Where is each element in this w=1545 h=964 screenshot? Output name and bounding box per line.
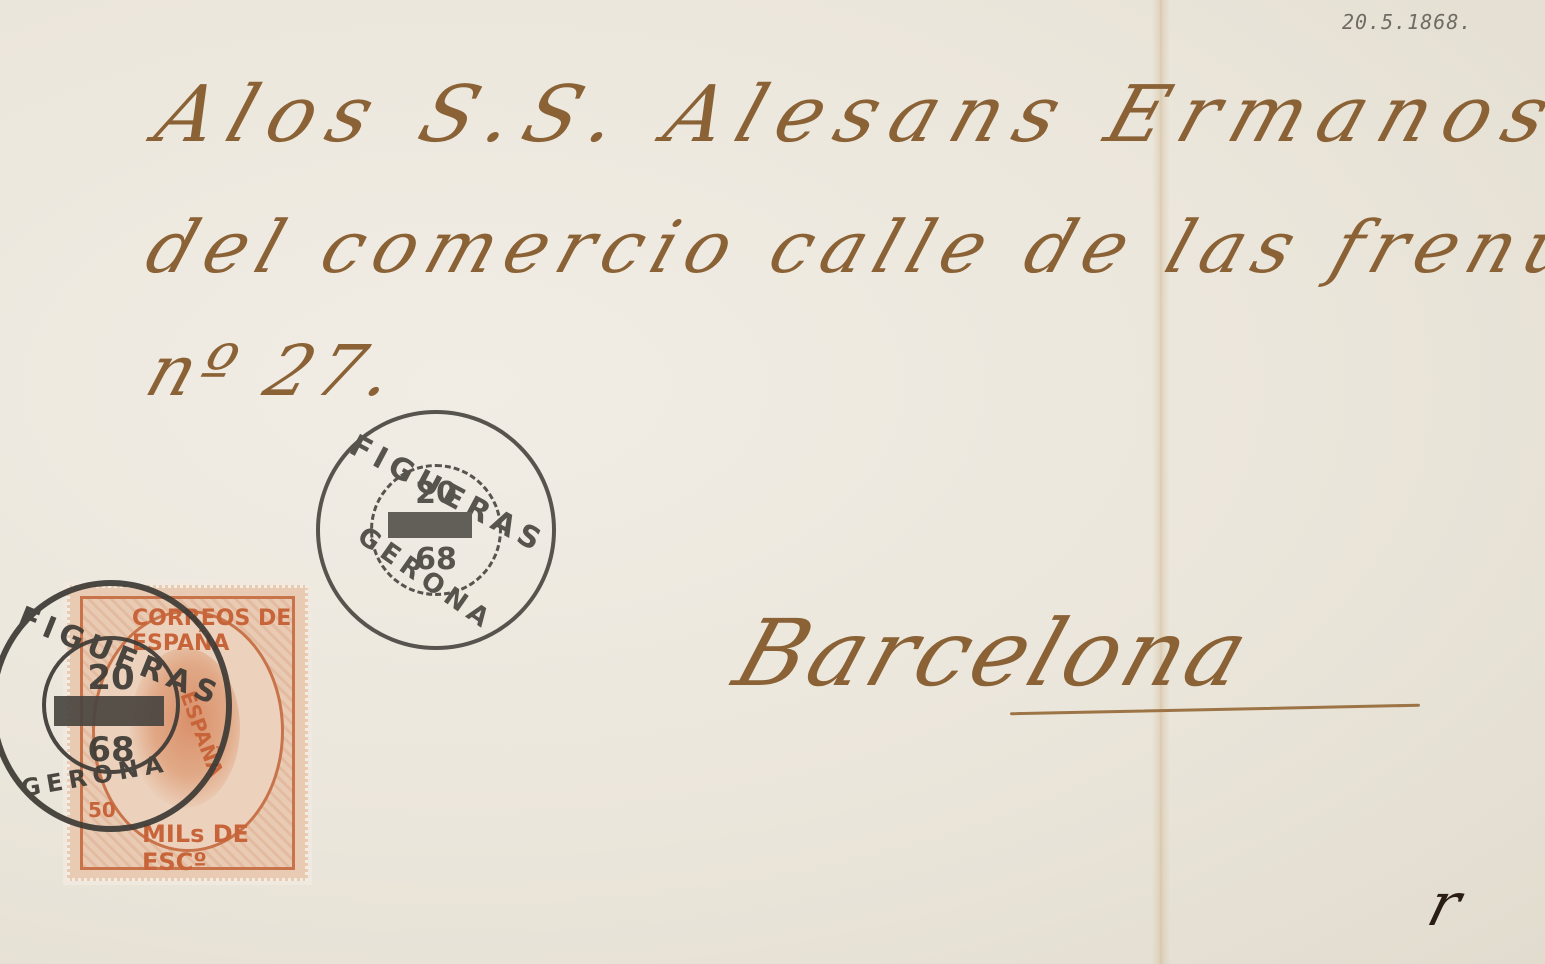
postmark-year: 68 (0, 730, 226, 770)
postal-cover: 20.5.1868. Alos S.S. Alesans Ermanos del… (0, 0, 1545, 964)
pencil-date-annotation: 20.5.1868. (1342, 10, 1472, 34)
postmark-day: 20 (320, 476, 552, 511)
corner-mark: r (1421, 870, 1468, 940)
postmark-year: 68 (320, 542, 552, 577)
stamp-bottom-text: MILs DE ESCº (142, 820, 305, 876)
postmark-figueras: FIGUERAS GERONA 20 68 (316, 410, 556, 650)
postmark-month-bar (54, 696, 164, 726)
postmark-on-stamp: FIGUERAS GERONA 20 68 (0, 580, 232, 832)
address-line-3: nº 27. (137, 330, 411, 412)
postmark-month-bar (388, 512, 472, 538)
postmark-day: 20 (0, 658, 226, 698)
address-line-1: Alos S.S. Alesans Ermanos (145, 70, 1545, 160)
destination-city: Barcelona (723, 600, 1265, 707)
address-line-2: del comercio calle de las frenueras (136, 205, 1545, 289)
